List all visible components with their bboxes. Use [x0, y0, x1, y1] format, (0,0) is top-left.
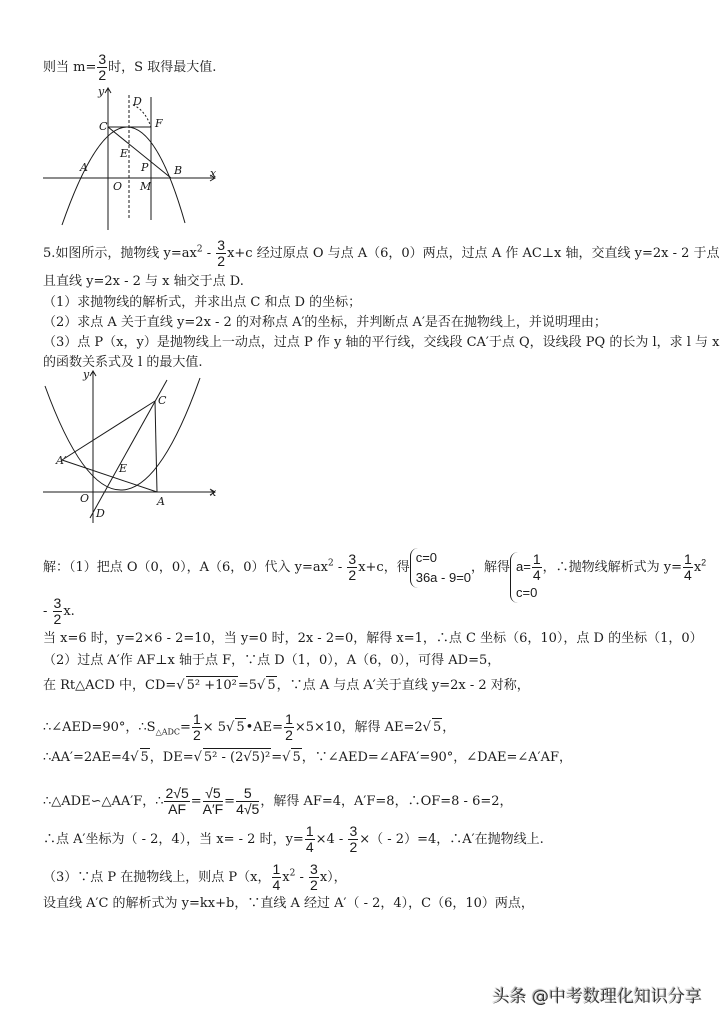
svg-text:A: A [156, 495, 165, 508]
svg-text:M: M [139, 180, 152, 193]
fraction: 32 [348, 824, 358, 855]
svg-text:F: F [154, 117, 163, 130]
text: = [180, 720, 191, 735]
svg-text:B: B [173, 164, 182, 177]
text: （3）∵点 P 在抛物线上，则点 P（x， [43, 870, 271, 885]
solution-line-3: （2）过点 A′作 AF⊥x 轴于点 F，∵点 D（1，0），A（6，0），可得… [43, 652, 500, 670]
text: ×4 - [316, 832, 348, 847]
problem-5-question-3a: （3）点 P（x，y）是抛物线上一动点，过点 P 作 y 轴的平行线，交线段 C… [43, 334, 720, 352]
figure-2-parabola-diagram: y x C A′ E O A D [40, 368, 220, 523]
svg-text:O: O [80, 492, 89, 505]
denominator: 4 [272, 878, 282, 893]
svg-text:O: O [113, 180, 122, 193]
text: x [282, 870, 289, 885]
text: ，解得 [471, 560, 510, 575]
numerator: 1 [683, 552, 693, 568]
text: × 5 [203, 720, 226, 735]
svg-text:C: C [158, 394, 167, 407]
system-row: 36a - 9=0 [416, 568, 471, 588]
text: 则当 m= [43, 60, 96, 75]
numerator: 1 [532, 552, 542, 568]
subscript: △ADC [156, 728, 180, 737]
denominator: 2 [216, 254, 226, 269]
denominator: 4 [683, 568, 693, 583]
text: x+c，得 [358, 560, 410, 575]
sqrt-content: 5 [235, 718, 245, 737]
fraction: 2√5AF [164, 786, 189, 817]
text: ，解得 AF=4，A′F=8，∴OF=8 - 6=2， [260, 794, 512, 809]
numerator: 3 [97, 52, 107, 68]
fraction: 54√5 [236, 786, 259, 817]
denominator: AF [164, 802, 189, 817]
denominator: 2 [192, 728, 202, 743]
denominator: 2 [53, 612, 63, 627]
numerator: √5 [203, 786, 224, 802]
text: x. [63, 604, 74, 619]
text: 5.如图所示，抛物线 y=ax [43, 246, 197, 261]
text: ×5×10，解得 AE=2 [295, 720, 423, 735]
solution-line-10: 设直线 A′C 的解析式为 y=kx+b，∵直线 A 经过 A′（ - 2，4）… [43, 895, 534, 913]
fraction: 14 [272, 862, 282, 893]
max-value-line: 则当 m=32时，S 取得最大值. [43, 52, 216, 83]
text: ∴点 A′坐标为（ - 2，4），当 x= - 2 时，y= [43, 832, 304, 847]
svg-text:x: x [210, 486, 217, 499]
denominator: 2 [284, 728, 294, 743]
text: x+c 经过原点 O 与点 A（6，0）两点，过点 A 作 AC⊥x 轴，交直线… [227, 246, 720, 261]
text: - [334, 560, 347, 575]
text: - [203, 246, 216, 261]
solution-line-8: ∴点 A′坐标为（ - 2，4），当 x= - 2 时，y=14×4 - 32×… [43, 824, 544, 855]
svg-text:P: P [140, 161, 149, 174]
fraction: 32 [347, 552, 357, 583]
text: - [295, 870, 308, 885]
problem-5-question-2: （2）求点 A 关于直线 y=2x - 2 的对称点 A′的坐标，并判断点 A′… [43, 314, 607, 332]
line-y-2x-2 [90, 380, 167, 518]
solution-line-5: ∴∠AED=90°，∴S△ADC=12× 5√5•AE=12×5×10，解得 A… [43, 712, 455, 743]
text: ∴∠AED=90°，∴S [43, 720, 156, 735]
sqrt-content: 5 [266, 676, 276, 695]
fraction: 32 [97, 52, 107, 83]
text: ∴AA′=2AE=4 [43, 750, 130, 765]
text: ×（ - 2）=4，∴A′在抛物线上. [359, 832, 543, 847]
parabola [62, 127, 185, 225]
numerator: 5 [236, 786, 259, 802]
denominator: 2 [97, 68, 107, 83]
solution-line-4: 在 Rt△ACD 中，CD=√5² +10²=5√5，∵点 A 与点 A′关于直… [43, 676, 530, 695]
fraction: 32 [309, 862, 319, 893]
numerator: 1 [272, 862, 282, 878]
text: ，∴抛物线解析式为 y= [543, 560, 682, 575]
sqrt-content: 5 [432, 718, 442, 737]
solution-line-1-cont: - 32x. [43, 596, 75, 627]
equation-system-2: a=14，∴抛物线解析式为 y=14x2c=0 [510, 552, 706, 603]
text: =5 [238, 678, 257, 693]
solution-line-9: （3）∵点 P 在抛物线上，则点 P（x，14x2 - 32x）， [43, 862, 347, 893]
superscript: 2 [701, 558, 706, 568]
denominator: 4 [532, 568, 542, 583]
text: - [43, 604, 52, 619]
fraction: 12 [284, 712, 294, 743]
denominator: 4√5 [236, 802, 259, 817]
sqrt-content: 5 [291, 748, 301, 767]
svg-text:E: E [118, 462, 127, 475]
numerator: 1 [284, 712, 294, 728]
text: 解：（1）把点 O（0，0），A（6，0）代入 y=ax [43, 560, 328, 575]
problem-5-question-1: （1）求抛物线的解析式，并求出点 C 和点 D 的坐标； [43, 294, 361, 312]
text: = [224, 794, 235, 809]
svg-text:C: C [99, 120, 108, 133]
system-row: c=0 [416, 548, 471, 568]
fraction: 32 [216, 238, 226, 269]
text: 时，S 取得最大值. [108, 60, 216, 75]
numerator: 1 [305, 824, 315, 840]
system-row: c=0 [516, 583, 706, 603]
numerator: 2√5 [164, 786, 189, 802]
text: ∴△ADE∽△AA′F，∴ [43, 794, 163, 809]
denominator: 2 [348, 840, 358, 855]
text: = [271, 750, 282, 765]
watermark: 头条 @中考数理化知识分享 [493, 982, 702, 1007]
sqrt-content: 5 [140, 748, 150, 767]
sqrt-content: 5² - (2√5)² [203, 748, 271, 767]
numerator: 3 [216, 238, 226, 254]
equation-system-1: c=036a - 9=0 [410, 548, 471, 588]
denominator: A′F [203, 802, 224, 817]
figure-1-parabola-diagram: y x D C F E A P B O M [40, 85, 220, 230]
svg-text:A: A [79, 161, 88, 174]
denominator: 4 [305, 840, 315, 855]
numerator: 3 [53, 596, 63, 612]
svg-text:E: E [119, 147, 128, 160]
numerator: 3 [309, 862, 319, 878]
text: x）， [320, 870, 347, 885]
svg-text:A′: A′ [55, 454, 67, 467]
sqrt-content: 5² +10² [186, 676, 238, 695]
denominator: 2 [309, 878, 319, 893]
text: •AE= [246, 720, 283, 735]
fraction: 32 [53, 596, 63, 627]
fraction: 14 [683, 552, 693, 583]
fraction: 12 [192, 712, 202, 743]
numerator: 3 [348, 824, 358, 840]
fraction: 14 [532, 552, 542, 583]
solution-line-2: 当 x=6 时，y=2×6 - 2=10，当 y=0 时，2x - 2=0，解得… [43, 630, 703, 648]
text: ，∵点 A 与点 A′关于直线 y=2x - 2 对称， [277, 678, 530, 693]
solution-line-1: 解：（1）把点 O（0，0），A（6，0）代入 y=ax2 - 32x+c，得c… [43, 542, 706, 593]
svg-text:D: D [132, 95, 142, 108]
svg-text:x: x [210, 167, 217, 180]
numerator: 3 [347, 552, 357, 568]
denominator: 2 [347, 568, 357, 583]
svg-text:D: D [95, 507, 105, 520]
svg-text:y: y [97, 85, 105, 98]
problem-5-line-1: 5.如图所示，抛物线 y=ax2 - 32x+c 经过原点 O 与点 A（6，0… [43, 238, 720, 269]
solution-line-6: ∴AA′=2AE=4√5，DE=√5² - (2√5)²=√5，∵∠AED=∠A… [43, 748, 572, 767]
numerator: 1 [192, 712, 202, 728]
fraction: √5A′F [203, 786, 224, 817]
text: = [191, 794, 202, 809]
text: ，∵∠AED=∠AFA′=90°，∠DAE=∠A′AF， [302, 750, 572, 765]
text: a= [516, 559, 531, 574]
solution-line-7: ∴△ADE∽△AA′F，∴2√5AF=√5A′F=54√5，解得 AF=4，A′… [43, 786, 513, 817]
text: ， [442, 720, 455, 735]
fraction: 14 [305, 824, 315, 855]
svg-text:y: y [82, 368, 90, 381]
text: 在 Rt△ACD 中，CD= [43, 678, 176, 693]
problem-5-line-2: 且直线 y=2x - 2 与 x 轴交于点 D. [43, 273, 244, 291]
text: ，DE= [150, 750, 194, 765]
